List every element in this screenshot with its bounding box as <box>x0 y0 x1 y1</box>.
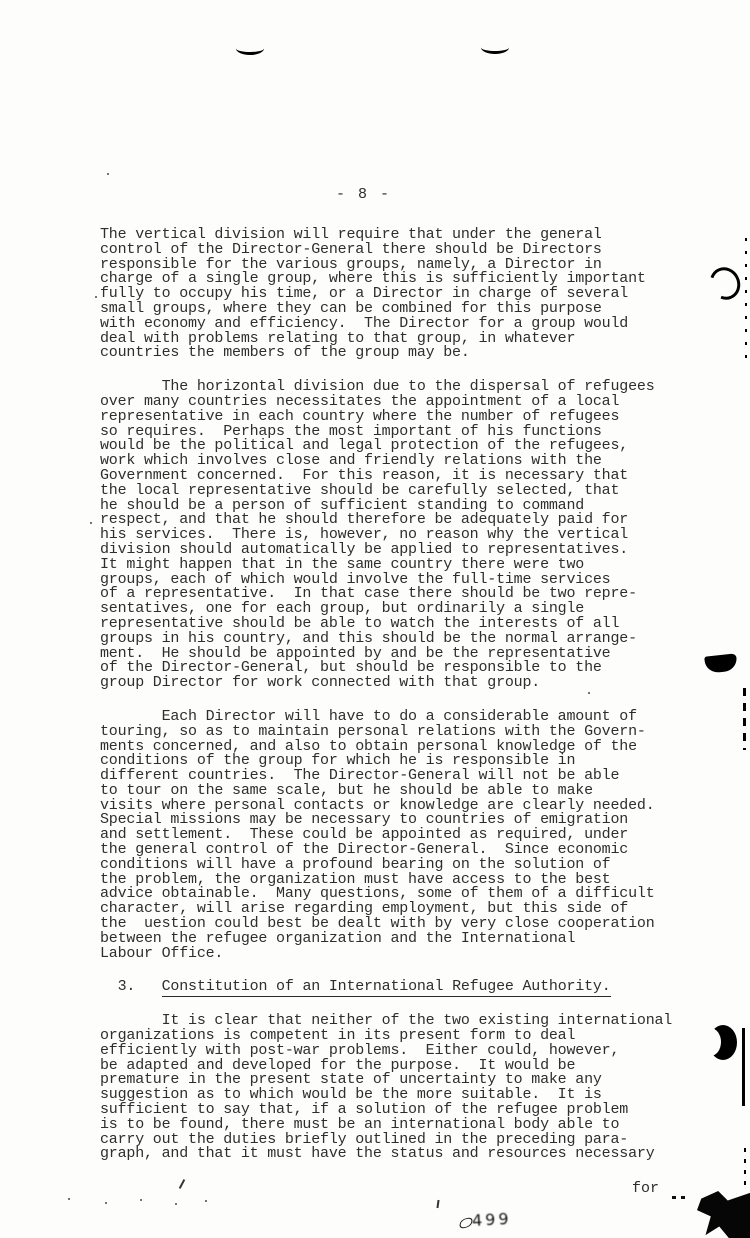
text-line: graph, and that it must have the status … <box>100 1147 680 1162</box>
paragraph: The horizontal division due to the dispe… <box>100 380 680 691</box>
scan-speck <box>175 1203 177 1205</box>
scan-speck <box>95 296 97 298</box>
catchword: for <box>632 1180 659 1197</box>
document-text: The vertical division will require that … <box>100 228 680 1181</box>
binder-fold-mark-right <box>481 41 509 54</box>
text-line: Labour Office. <box>100 947 680 962</box>
page-number: - 8 - <box>336 186 391 203</box>
paragraph: The vertical division will require that … <box>100 228 680 361</box>
paragraph: Each Director will have to do a consider… <box>100 710 680 962</box>
scanned-document-page: - 8 - The vertical division will require… <box>0 0 750 1238</box>
text-line: group Director for work connected with t… <box>100 676 680 691</box>
corner-ink-splotch <box>697 1190 750 1238</box>
ink-ring-mark <box>704 262 745 305</box>
ink-smudge <box>459 1217 473 1229</box>
scan-speck <box>68 1198 70 1200</box>
heading-title: Constitution of an International Refugee… <box>162 978 611 997</box>
handwritten-number: 499 <box>472 1209 512 1230</box>
heading-number: 3. <box>100 978 162 995</box>
scan-speck <box>90 522 92 524</box>
scan-speck <box>436 1200 439 1208</box>
page-edge-dashed-line <box>743 688 746 750</box>
page-edge-dotted-line <box>745 238 747 368</box>
scan-speck <box>105 1202 107 1204</box>
scan-speck <box>588 692 590 694</box>
binder-fold-mark-left <box>236 42 264 55</box>
paragraph: It is clear that neither of the two exis… <box>100 1014 680 1162</box>
ink-blob-mark <box>704 653 738 673</box>
ink-crescent-mark <box>709 1025 737 1060</box>
page-edge-solid-line <box>742 1028 745 1106</box>
text-line: countries the members of the group may b… <box>100 346 680 361</box>
corner-dash-mark <box>672 1196 690 1199</box>
page-edge-dotted-line-bottom <box>744 1148 746 1192</box>
section-heading: 3. Constitution of an International Refu… <box>100 980 680 995</box>
scan-speck <box>107 173 109 175</box>
scan-speck <box>205 1200 207 1202</box>
scan-speck <box>140 1199 142 1201</box>
heading-line: 3. Constitution of an International Refu… <box>100 980 680 995</box>
